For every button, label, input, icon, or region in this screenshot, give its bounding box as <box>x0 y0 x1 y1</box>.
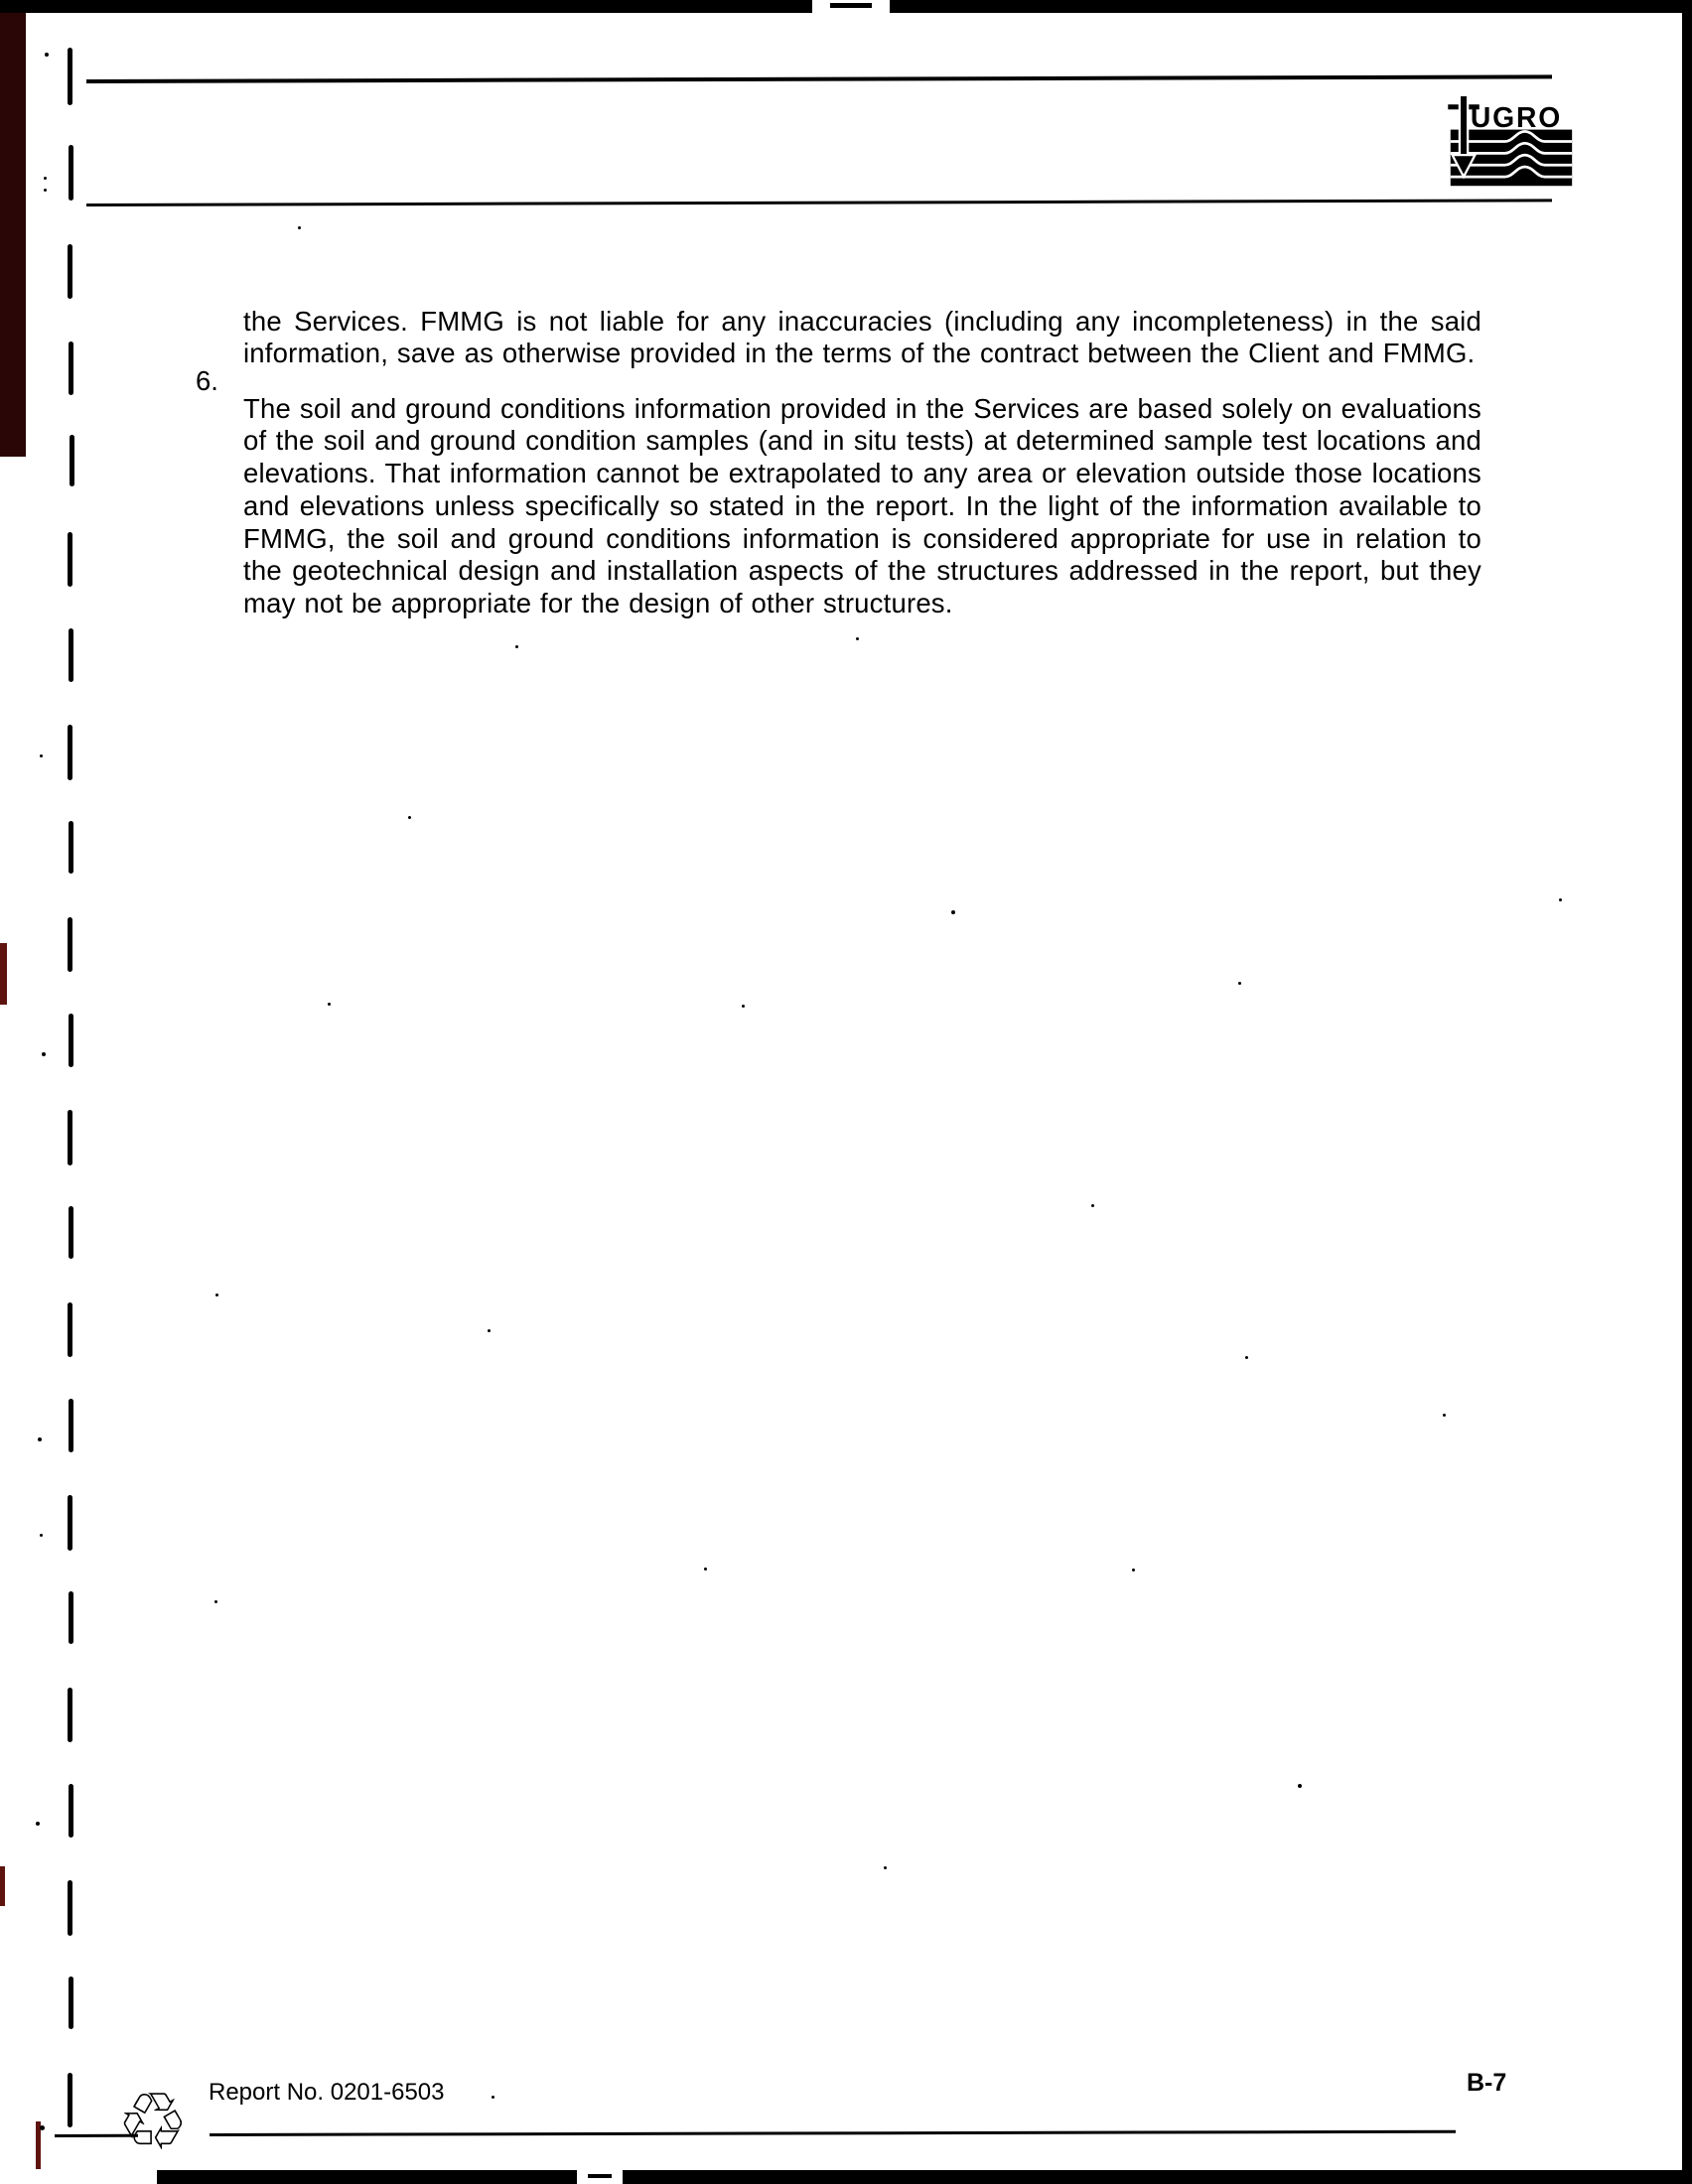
noise-dot <box>38 1437 42 1441</box>
noise-dot <box>1559 898 1562 901</box>
binding-mark <box>68 244 72 299</box>
noise-dot <box>488 1329 491 1332</box>
binding-mark <box>68 1110 72 1165</box>
binding-mark <box>69 821 73 874</box>
binding-mark <box>68 2073 72 2127</box>
noise-dot <box>704 1568 707 1570</box>
noise-dot <box>492 2096 494 2099</box>
noise-dot <box>1238 982 1241 985</box>
noise-dot <box>1298 1784 1302 1788</box>
fugro-logo-letters: UGRO <box>1471 101 1562 133</box>
fugro-logo-graphic: UGRO <box>1438 92 1574 190</box>
binding-mark <box>68 532 72 587</box>
noise-dot <box>45 53 49 57</box>
scan-edge-bottom <box>157 2170 1692 2184</box>
noise-dot <box>214 1600 217 1603</box>
noise-dot <box>1443 1414 1446 1417</box>
scan-red-fragment <box>0 943 7 1005</box>
noise-dot <box>298 226 301 229</box>
binding-mark <box>68 1688 72 1742</box>
header-rule-top <box>86 74 1552 83</box>
footer-rule-right-segment <box>210 2130 1456 2136</box>
binding-mark <box>69 1977 73 2029</box>
noise-dot <box>44 177 47 180</box>
binding-mark <box>69 1784 73 1838</box>
noise-dot <box>742 1005 745 1008</box>
noise-dot <box>215 1294 218 1297</box>
scan-edge-bottom-dash <box>588 2174 612 2178</box>
binding-mark <box>68 1880 72 1936</box>
scan-edge-left <box>0 0 26 457</box>
binding-mark <box>68 1495 72 1551</box>
noise-dot <box>40 754 43 757</box>
binding-mark <box>69 628 73 682</box>
scan-edge-right <box>1682 0 1692 2184</box>
header-rule-bottom <box>86 199 1552 206</box>
noise-dot <box>515 645 518 648</box>
scanned-document-page: UGRO the Services. FMMG is not liable fo… <box>0 0 1692 2184</box>
binding-mark <box>68 917 72 972</box>
binding-mark <box>69 1591 73 1644</box>
binding-mark <box>69 1206 73 1259</box>
binding-mark <box>68 48 72 105</box>
noise-dot <box>408 816 411 819</box>
item-6-paragraph: The soil and ground conditions informati… <box>243 393 1481 621</box>
noise-dot <box>1091 1204 1094 1207</box>
fugro-logo: UGRO <box>1438 92 1574 190</box>
binding-mark <box>68 1302 72 1357</box>
noise-dot <box>36 1822 40 1826</box>
page-number: B-7 <box>1467 2069 1506 2098</box>
binding-mark <box>69 1399 73 1452</box>
scan-red-fragment <box>0 1866 5 1906</box>
noise-dot <box>951 910 955 914</box>
scan-edge-top-dash <box>830 3 872 8</box>
recycle-icon: ♲ <box>117 2083 189 2162</box>
noise-dot <box>1132 1569 1135 1571</box>
noise-dot <box>42 1052 46 1056</box>
noise-dot <box>884 1866 887 1869</box>
intro-paragraph: the Services. FMMG is not liable for any… <box>243 306 1481 371</box>
binding-mark <box>69 1014 73 1067</box>
noise-dot <box>40 1534 43 1537</box>
noise-dot <box>40 2125 45 2130</box>
noise-dot <box>328 1003 331 1006</box>
noise-dot <box>856 637 859 640</box>
item-number: 6. <box>196 365 218 397</box>
binding-mark <box>69 145 73 201</box>
binding-mark <box>68 725 72 780</box>
noise-dot <box>44 189 47 192</box>
binding-mark <box>70 435 74 486</box>
noise-dot <box>1245 1356 1248 1359</box>
binding-mark <box>69 341 73 395</box>
report-number: Report No. 0201-6503 <box>209 2079 445 2107</box>
